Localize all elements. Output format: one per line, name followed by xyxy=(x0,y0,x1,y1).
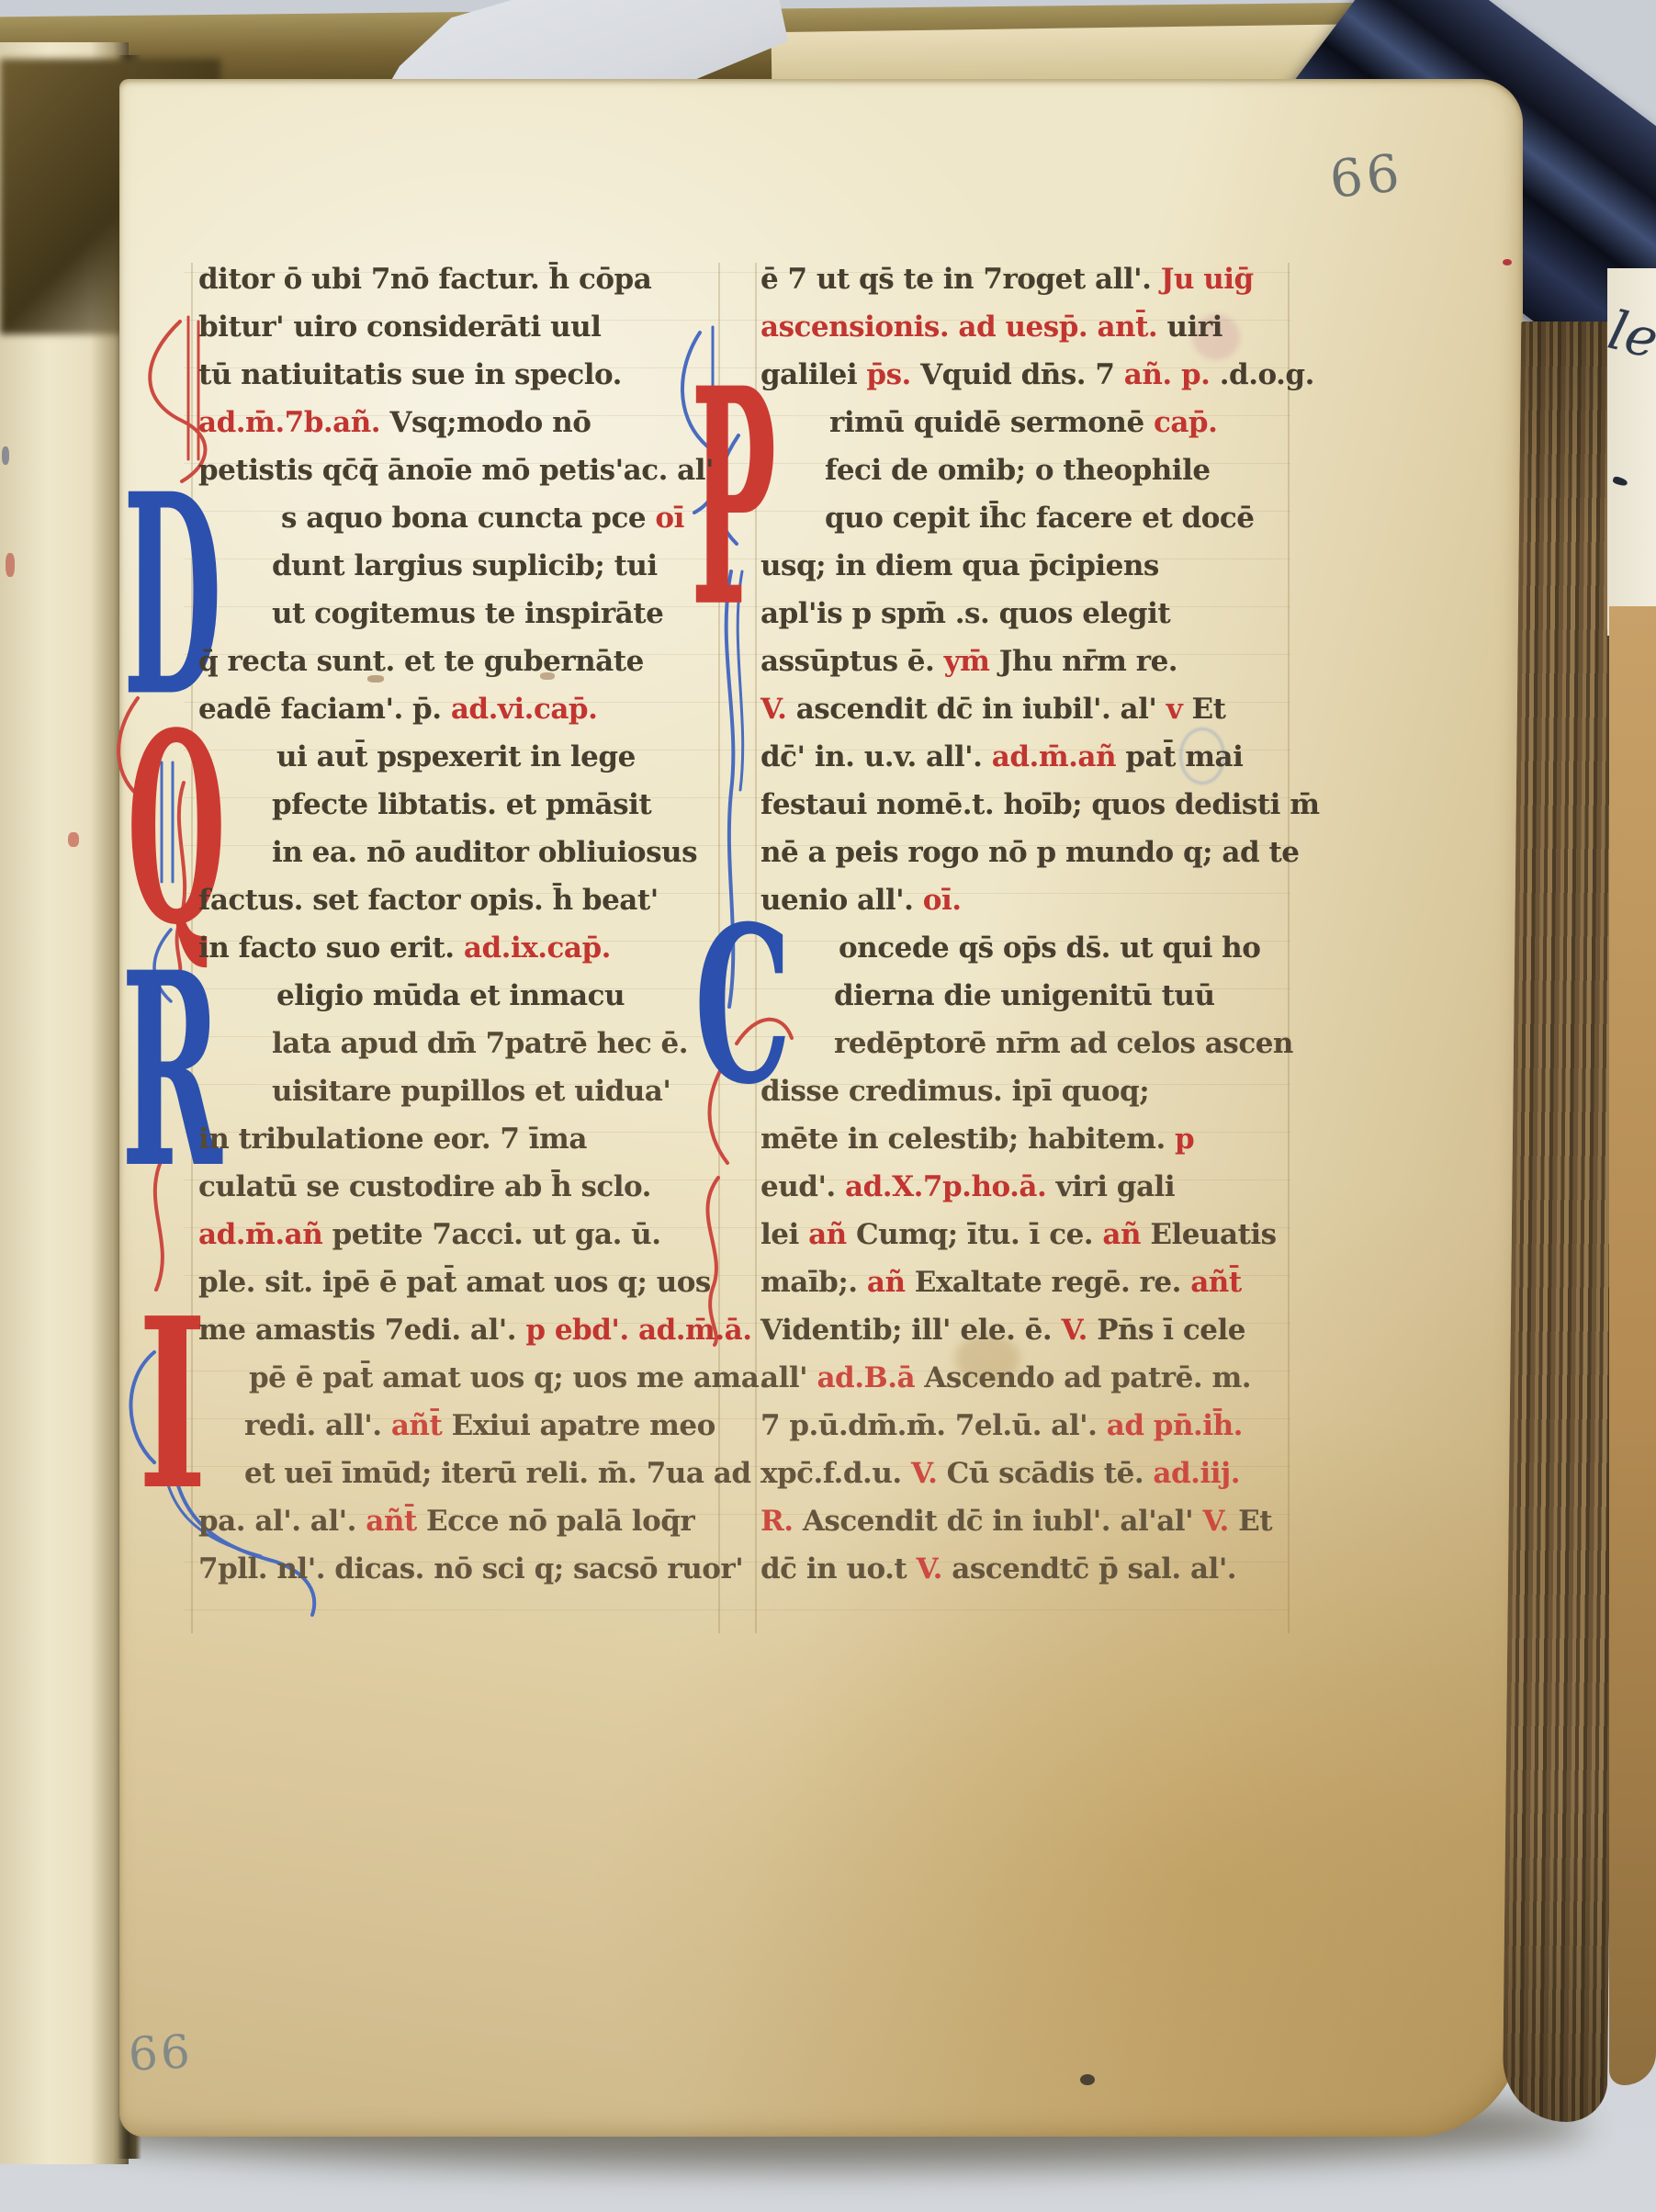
right-text-column: ē 7 ut qs̄ te in 7roget all'. Ju uiḡasc… xyxy=(760,255,1298,1593)
text-line: uenio all'. oī. xyxy=(760,876,1298,924)
folio-number-bottom: 66 xyxy=(128,2025,195,2082)
text-line: lei añ Cumq; ītu. ī ce. añ Eleuatis xyxy=(760,1211,1298,1258)
text-line: disse credimus. ipī quoq; xyxy=(760,1067,1298,1115)
text-line: 7 p.ū.dm̄.m̄. 7el.ū. al'. ad pn̄.ih̄. xyxy=(760,1402,1298,1450)
text-line: ē 7 ut qs̄ te in 7roget all'. Ju uiḡ xyxy=(760,255,1298,303)
text-line: galilei p̄s. Vquid dn̄s. 7 añ. p. .d.o.g… xyxy=(760,351,1298,399)
facing-page-blue-mark xyxy=(2,446,9,465)
text-line: pfecte libtatis. et pmāsit xyxy=(198,781,727,829)
left-text-column: ditor ō ubi 7nō factur. h̄ cōpabitur' ui… xyxy=(198,255,727,1593)
text-line: feci de omib; o theophile xyxy=(760,446,1298,494)
facing-page-red-mark xyxy=(68,832,79,847)
text-line: bitur' uiro considerāti uul xyxy=(198,303,727,351)
text-line: redēptorē nr̄m ad celos ascen xyxy=(760,1020,1298,1067)
text-line: et ueī īmūd; iterū reli. m̄. 7ua ad xyxy=(198,1450,727,1497)
manuscript-photo: le 66 66 xyxy=(0,0,1656,2212)
text-line: tū natiuitatis sue in speclo. xyxy=(198,351,727,399)
text-line: eadē faciam'. p̄. ad.vi.cap̄. xyxy=(198,685,727,733)
text-line: pa. al'. al'. añt̄ Ecce nō palā loq̄r xyxy=(198,1497,727,1545)
folio-number-top: 66 xyxy=(1327,143,1406,210)
text-line: all' ad.B.ā Ascendo ad patrē. m. xyxy=(760,1354,1298,1402)
text-line: assūptus ē. ym̄ Jhu nr̄m re. xyxy=(760,638,1298,685)
text-line: me amastis 7edi. al'. p ebd'. ad.m̄.ā. xyxy=(198,1306,727,1354)
text-line: mēte in celestib; habitem. p xyxy=(760,1115,1298,1163)
text-line: redi. all'. añt̄ Exiui apatre meo xyxy=(198,1402,727,1450)
text-line: eud'. ad.X.7p.ho.ā. viri gali xyxy=(760,1163,1298,1211)
text-line: petistis qc̄q̄ ānoīe mō petis'ac. al' xyxy=(198,446,727,494)
text-line: dierna die unigenitū tuū xyxy=(760,972,1298,1020)
text-line: rimū quidē sermonē cap̄. xyxy=(760,399,1298,446)
text-line: culatū se custodire ab h̄ sclo. xyxy=(198,1163,727,1211)
text-line: ad.m̄.añ petite 7acci. ut ga. ū. xyxy=(198,1211,727,1258)
text-line: usq; in diem qua p̄cipiens xyxy=(760,542,1298,590)
text-line: dc̄' in. u.v. all'. ad.m̄.añ pat̄ mai xyxy=(760,733,1298,781)
text-line: R. Ascendit dc̄ in iubl'. al'al' V. Et xyxy=(760,1497,1298,1545)
text-line: xpc̄.f.d.u. V. Cū scādis tē. ad.iij. xyxy=(760,1450,1298,1497)
text-line: pē ē pat̄ amat uos q; uos me ama. xyxy=(198,1354,727,1402)
text-line: festaui nomē.t. hoīb; quos dedisti m̄ xyxy=(760,781,1298,829)
text-line: uisitare pupillos et uidua' xyxy=(198,1067,727,1115)
text-line: maīb;. añ Exaltate regē. re. añt̄ xyxy=(760,1258,1298,1306)
text-line: eligio mūda et inmacu xyxy=(198,972,727,1020)
text-line: oncede qs̄ op̄s ds̄. ut qui ho xyxy=(760,924,1298,972)
text-line: dunt largius suplicib; tui xyxy=(198,542,727,590)
text-line: 7pll. nl'. dicas. nō sci q; sacsō ruor' xyxy=(198,1545,727,1593)
text-line: factus. set factor opis. h̄ beat' xyxy=(198,876,727,924)
text-line: lata apud dm̄ 7patrē hec ē. xyxy=(198,1020,727,1067)
text-line: in tribulatione eor. 7 īma xyxy=(198,1115,727,1163)
text-line: V. ascendit dc̄ in iubil'. al' v Et xyxy=(760,685,1298,733)
text-line: Videntib; ill' ele. ē. V. Pn̄s ī cele xyxy=(760,1306,1298,1354)
text-line: ascensionis. ad uesp̄. ant̄. uiri xyxy=(760,303,1298,351)
text-line: nē a peis rogo nō p mundo q; ad te xyxy=(760,829,1298,876)
text-line: ui aut̄ pspexerit in lege xyxy=(198,733,727,781)
text-line: dc̄ in uo.t V. ascendtc̄ p̄ sal. al'. xyxy=(760,1545,1298,1593)
leather-cover-edge xyxy=(1609,606,1656,2085)
text-line: q̄ recta sunt. et te gubernāte xyxy=(198,638,727,685)
text-line: ditor ō ubi 7nō factur. h̄ cōpa xyxy=(198,255,727,303)
illuminated-initial-i: I xyxy=(138,1288,208,1522)
text-line: apl'is p spm̄ .s. quos elegit xyxy=(760,590,1298,638)
text-line: s aquo bona cuncta pce oī xyxy=(198,494,727,542)
facing-page-red-mark xyxy=(6,553,15,577)
text-line: quo cepit ih̄c facere et docē xyxy=(760,494,1298,542)
text-line: ut cogitemus te inspirāte xyxy=(198,590,727,638)
text-line: ad.m̄.7b.añ. Vsq;modo nō xyxy=(198,399,727,446)
text-line: in facto suo erit. ad.ix.cap̄. xyxy=(198,924,727,972)
text-line: in ea. nō auditor obliuiosus xyxy=(198,829,727,876)
text-line: ple. sit. ipē ē pat̄ amat uos q; uos xyxy=(198,1258,727,1306)
red-speck xyxy=(1503,259,1512,265)
facing-page-edge xyxy=(0,42,129,2164)
dark-speck xyxy=(1080,2074,1095,2085)
